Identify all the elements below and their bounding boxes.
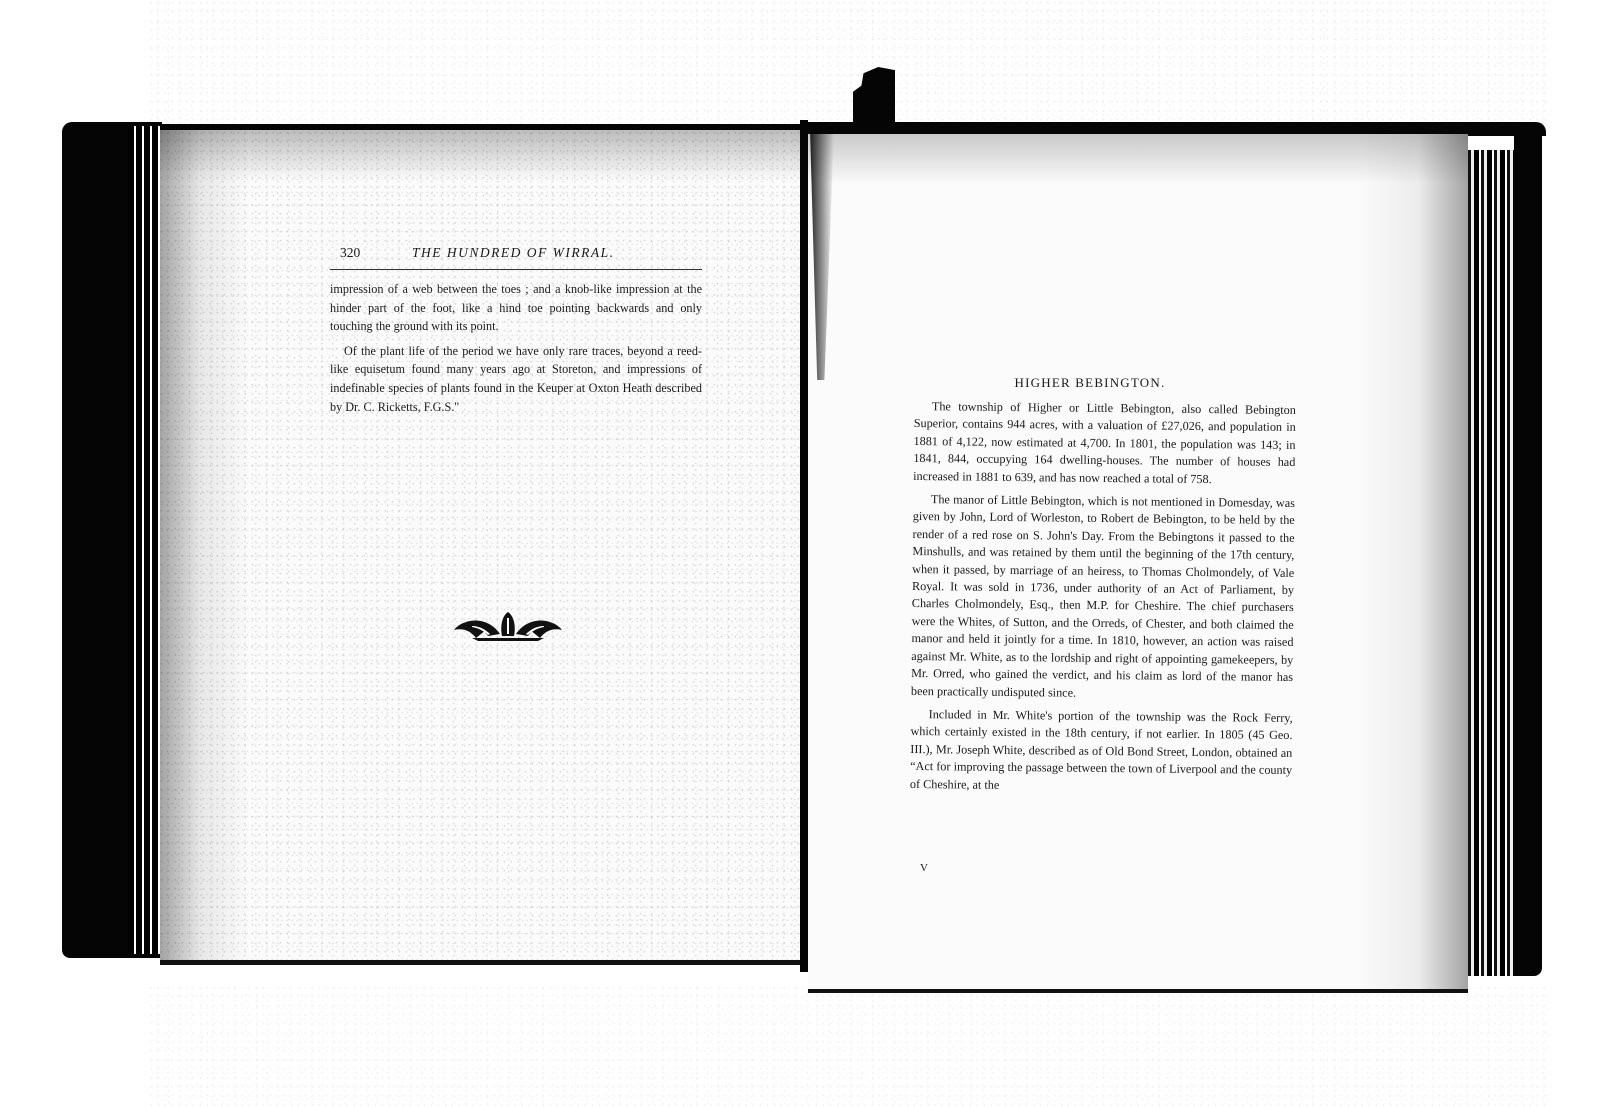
scan-noise-bottom: [150, 985, 1550, 1108]
running-head: 320 THE HUNDRED OF WIRRAL.: [330, 243, 702, 270]
page-tab: [853, 67, 895, 129]
right-page-body: The township of Higher or Little Bebingt…: [910, 398, 1296, 803]
section-heading: HIGHER BEBINGTON.: [990, 375, 1190, 391]
paragraph: The manor of Little Bebington, which is …: [911, 491, 1295, 704]
paragraph: Included in Mr. White's portion of the t…: [910, 706, 1293, 797]
open-book: [48, 122, 1546, 984]
paragraph: The township of Higher or Little Bebingt…: [913, 398, 1296, 489]
floral-tailpiece-icon: [452, 608, 564, 642]
left-page-body: impression of a web between the toes ; a…: [330, 280, 702, 422]
paragraph: impression of a web between the toes ; a…: [330, 280, 702, 336]
page-number: 320: [340, 245, 360, 261]
page-title: THE HUNDRED OF WIRRAL.: [412, 245, 614, 261]
signature-mark: V: [920, 862, 928, 874]
scan-noise-top: [150, 0, 1550, 125]
book-gutter: [800, 120, 808, 972]
right-cover: [1514, 126, 1542, 976]
paragraph: Of the plant life of the period we have …: [330, 342, 702, 416]
